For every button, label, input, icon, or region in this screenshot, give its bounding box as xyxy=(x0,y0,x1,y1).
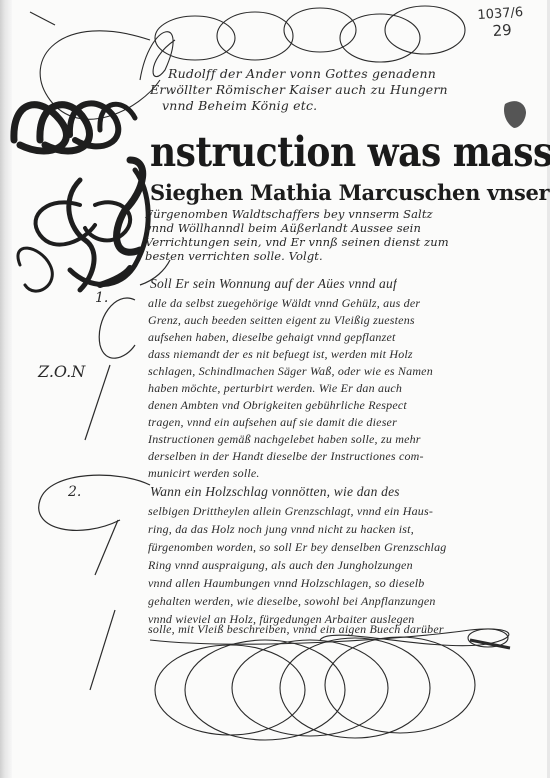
section-1-line-3: Grenz, auch beeden seitten eigent zu Vle… xyxy=(148,313,415,328)
section-1-line-2: alle da selbst zuegehörige Wäldt vnnd Ge… xyxy=(148,296,420,311)
section-2-line-1: Wann ein Holzschlag vonnötten, wie dan d… xyxy=(150,484,400,500)
salutation-line-2: Erwöllter Römischer Kaiser auch zu Hunge… xyxy=(150,82,448,97)
intro-line-4: besten verrichten solle. Volgt. xyxy=(145,249,323,263)
section-2-line-9: solle, mit Vleiß beschreiben, vnnd ein a… xyxy=(148,622,444,637)
folio-number: 1037/6 29 xyxy=(477,4,539,40)
section-2-line-4: fürgenomben worden, so soll Er bey dense… xyxy=(148,540,447,555)
section-2-line-6: vnnd allen Haumbungen vnnd Holzschlagen,… xyxy=(148,576,425,591)
folio-number-line1: 1037/6 xyxy=(477,5,524,23)
section-2-line-5: Ring vnnd auspraigung, als auch den Jung… xyxy=(148,558,413,573)
heading-main: nstruction was massen xyxy=(150,128,550,176)
section-1-line-9: tragen, vnnd ein aufsehen auf sie damit … xyxy=(148,415,397,430)
section-1-number: 1. xyxy=(95,290,108,306)
section-2-line-3: ring, da das Holz noch jung vnnd nicht z… xyxy=(148,522,414,537)
section-1-margin-mark: Z.O.N xyxy=(38,362,85,381)
section-1-line-7: haben möchte, perturbirt werden. Wie Er … xyxy=(148,381,402,396)
section-1-line-5: dass niemandt der es nit befuegt ist, we… xyxy=(148,347,413,362)
folio-number-line2: 29 xyxy=(478,20,539,40)
intro-line-1: Fürgenomben Waldtschaffers bey vnnserm S… xyxy=(145,207,433,221)
section-1-line-6: schlagen, Schindlmachen Säger Waß, oder … xyxy=(148,364,433,379)
intro-line-3: Verrichtungen sein, vnd Er vnnß seinen d… xyxy=(145,235,449,249)
section-2-line-7: gehalten werden, wie dieselbe, sowohl be… xyxy=(148,594,436,609)
section-1-line-12: municirt werden solle. xyxy=(148,466,260,481)
document-heading: nstruction was massen xyxy=(150,128,550,176)
section-1-line-10: Instructionen gemäß nachgelebet haben so… xyxy=(148,432,421,447)
section-1-line-1: Soll Er sein Wonnung auf der Aües vnnd a… xyxy=(150,276,397,292)
intro-line-2: vnnd Wöllhanndl beim Aüßerlandt Aussee s… xyxy=(145,221,421,235)
section-1-line-4: aufsehen haben, dieselbe gehaigt vnnd ge… xyxy=(148,330,396,345)
document-subheading: Sieghen Mathia Marcuschen vnsers xyxy=(150,180,550,205)
salutation-line-1: Rudolff der Ander vonn Gottes genadenn xyxy=(168,66,436,81)
section-2-line-2: selbigen Drittheylen allein Grenzschlagt… xyxy=(148,504,433,519)
salutation-line-3: vnnd Beheim König etc. xyxy=(162,98,317,113)
manuscript-page: 1037/6 29 Rudolff der Ander vonn Gottes … xyxy=(0,0,550,778)
section-1-line-8: denen Ambten vnd Obrigkeiten gebührliche… xyxy=(148,398,407,413)
page-binding-edge xyxy=(0,0,12,778)
section-2-number: 2. xyxy=(68,484,81,500)
section-1-line-11: derselben in der Handt dieselbe der Inst… xyxy=(148,449,424,464)
